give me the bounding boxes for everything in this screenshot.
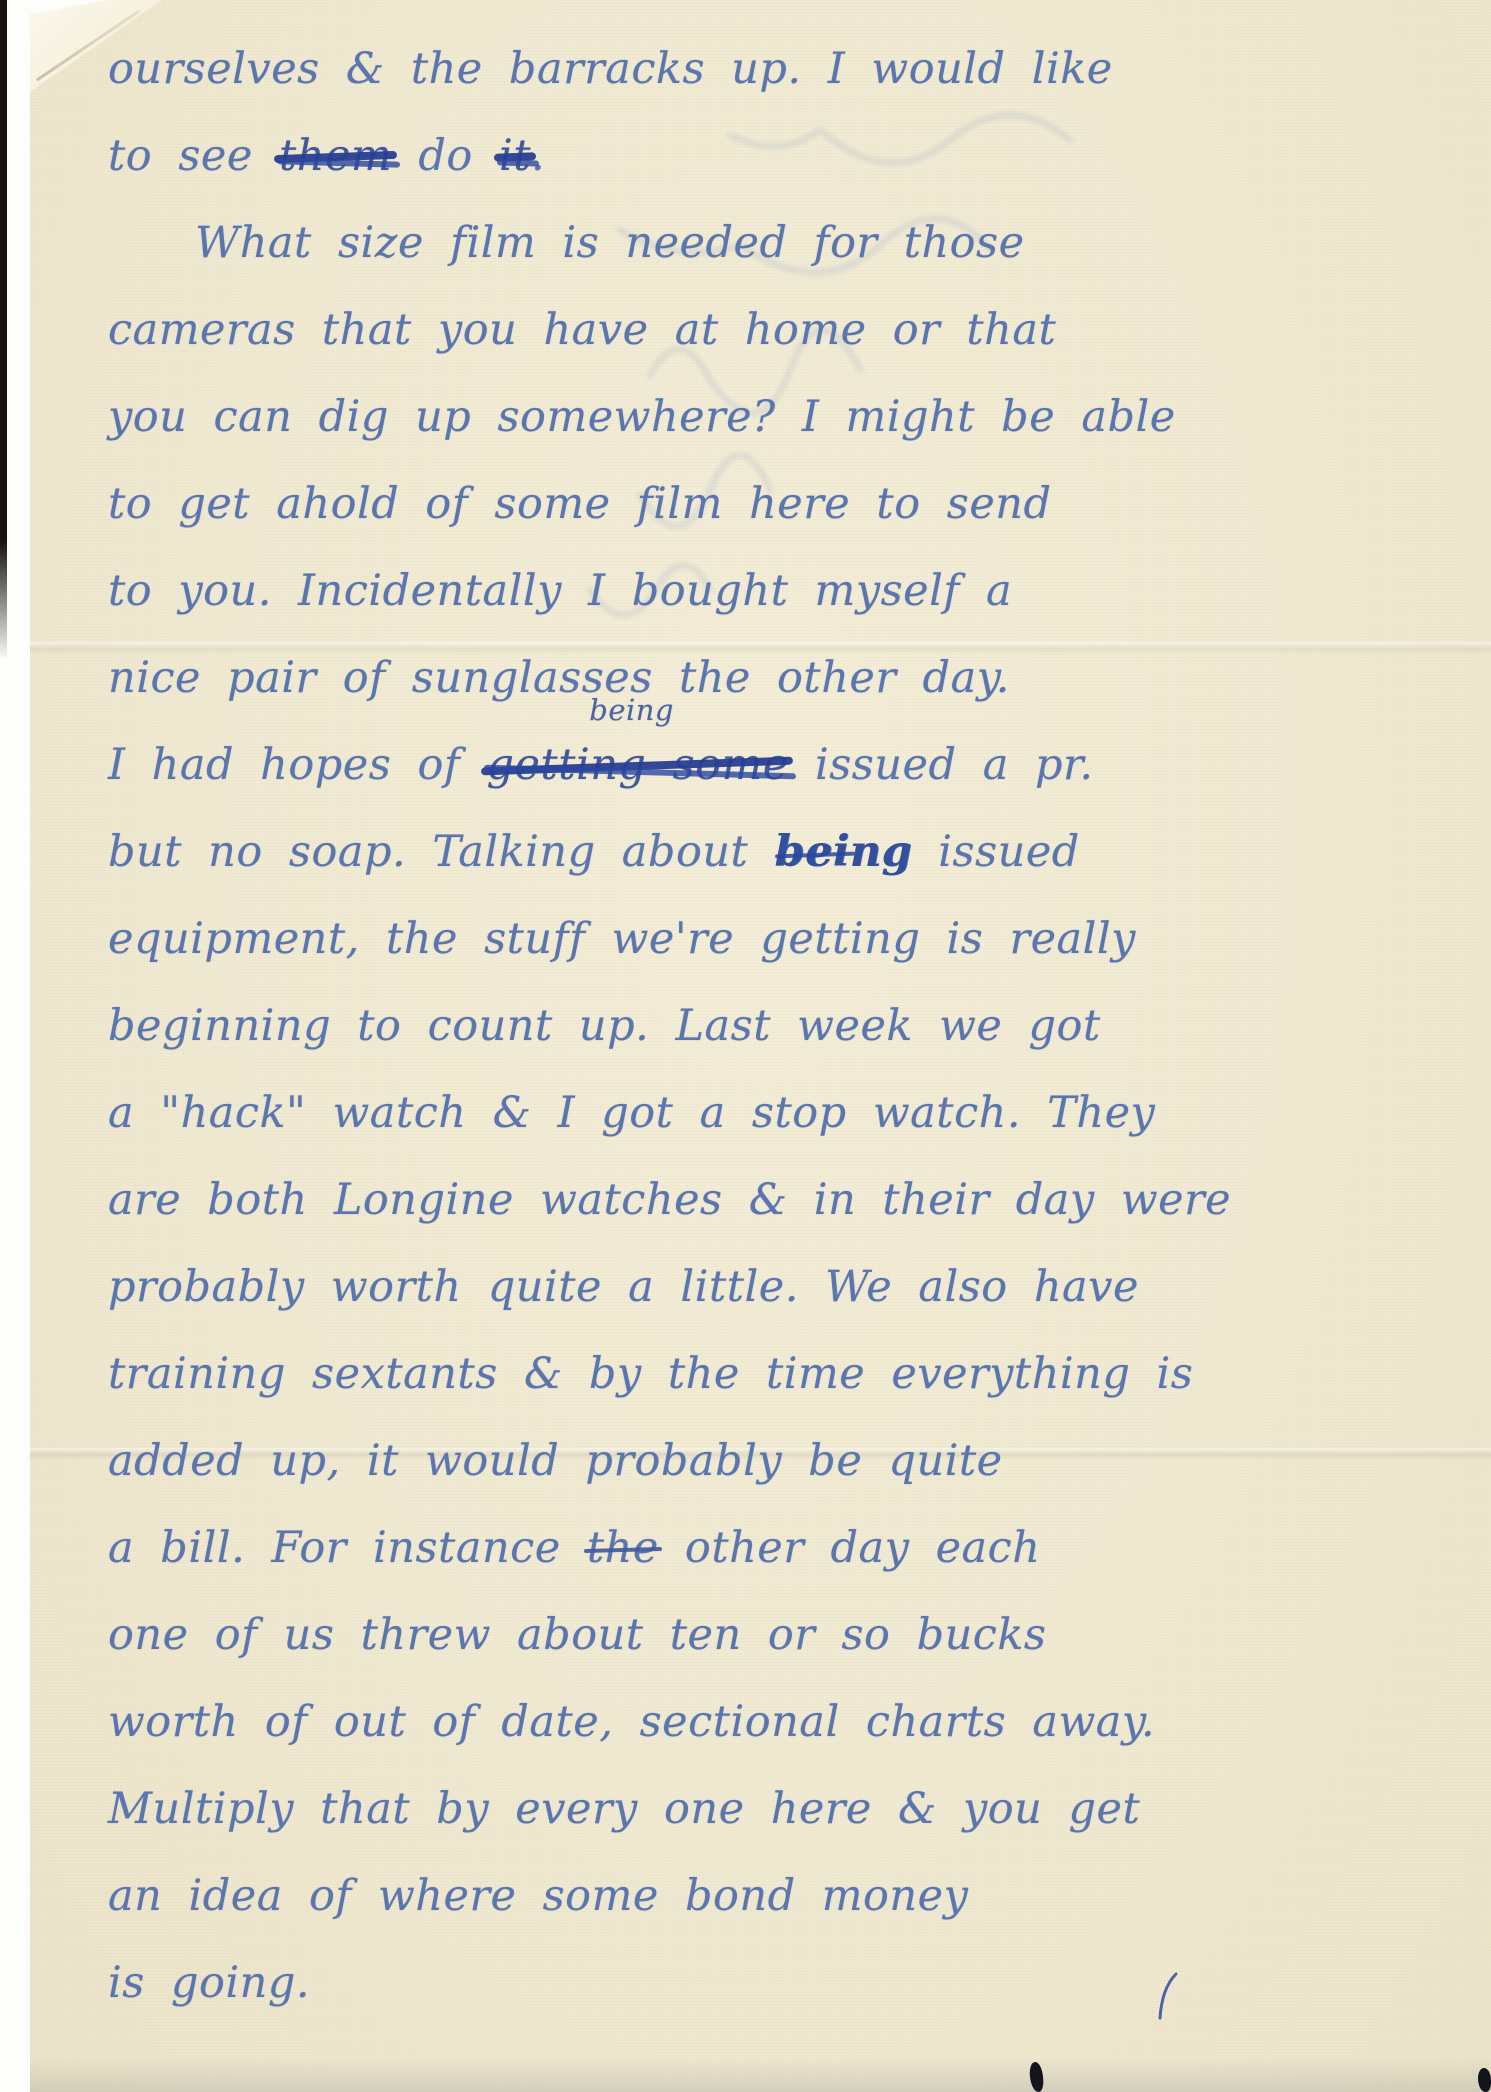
line-segment: cameras that you have at home or that bbox=[108, 305, 1056, 355]
line-segment: is going. bbox=[108, 1958, 310, 2008]
line-segment: added up, it would probably be quite bbox=[108, 1436, 1003, 1486]
scratched-word: it bbox=[499, 131, 531, 181]
line-segment: worth of out of date, sectional charts a… bbox=[108, 1697, 1155, 1747]
scratched-word: getting somebeing bbox=[486, 740, 788, 790]
letter-line: you can dig up somewhere? I might be abl… bbox=[108, 374, 1118, 461]
line-segment: but no soap. Talking about bbox=[108, 827, 775, 877]
letter-line: a "hack" watch & I got a stop watch. The… bbox=[108, 1070, 1118, 1157]
line-segment: issued bbox=[912, 827, 1080, 877]
scan-bottom-shadow bbox=[30, 2058, 1491, 2092]
letter-line: worth of out of date, sectional charts a… bbox=[108, 1679, 1118, 1766]
line-segment: I had hopes of bbox=[108, 740, 486, 790]
line-segment: to you. Incidentally I bought myself a bbox=[108, 566, 1012, 616]
line-segment: training sextants & by the time everythi… bbox=[108, 1349, 1193, 1399]
letter-line: to get ahold of some film here to send bbox=[108, 461, 1118, 548]
letter-line: What size film is needed for those bbox=[108, 200, 1118, 287]
stray-pen-stroke bbox=[1146, 1972, 1186, 2020]
line-segment: do bbox=[392, 131, 499, 181]
letter-line: to you. Incidentally I bought myself a bbox=[108, 548, 1118, 635]
line-segment: nice pair of sunglasses the other day. bbox=[108, 653, 1010, 703]
line-segment: issued a pr. bbox=[789, 740, 1094, 790]
line-segment: a bill. For instance bbox=[108, 1523, 587, 1573]
line-segment: beginning to count up. Last week we got bbox=[108, 1001, 1101, 1051]
letter-body: ourselves & the barracks up. I would lik… bbox=[108, 26, 1118, 2027]
line-segment: are both Longine watches & in their day … bbox=[108, 1175, 1231, 1225]
ink-blot bbox=[1478, 2068, 1491, 2092]
line-segment: to see bbox=[108, 131, 279, 181]
letter-line: a bill. For instance the other day each bbox=[108, 1505, 1118, 1592]
letter-line: probably worth quite a little. We also h… bbox=[108, 1244, 1118, 1331]
line-segment: equipment, the stuff we're getting is re… bbox=[108, 914, 1136, 964]
letter-line: added up, it would probably be quite bbox=[108, 1418, 1118, 1505]
letter-line: cameras that you have at home or that bbox=[108, 287, 1118, 374]
overwritten-word: being bbox=[775, 827, 913, 877]
line-segment: an idea of where some bond money bbox=[108, 1871, 968, 1921]
letter-line: are both Longine watches & in their day … bbox=[108, 1157, 1118, 1244]
line-segment: you can dig up somewhere? I might be abl… bbox=[108, 392, 1176, 442]
letter-line: equipment, the stuff we're getting is re… bbox=[108, 896, 1118, 983]
letter-line: Multiply that by every one here & you ge… bbox=[108, 1766, 1118, 1853]
letter-line: training sextants & by the time everythi… bbox=[108, 1331, 1118, 1418]
letter-line: to see them do it. bbox=[108, 113, 1118, 200]
letter-line: I had hopes of getting somebeing issued … bbox=[108, 722, 1118, 809]
scratched-word: the bbox=[587, 1523, 659, 1573]
scan-edge-shadow bbox=[0, 0, 7, 660]
letter-line: is going. bbox=[108, 1940, 1118, 2027]
line-segment: probably worth quite a little. We also h… bbox=[108, 1262, 1139, 1312]
letter-line: ourselves & the barracks up. I would lik… bbox=[108, 26, 1118, 113]
scratched-word: them bbox=[279, 131, 392, 181]
scratched-word-text: getting some bbox=[486, 740, 788, 790]
line-segment: other day each bbox=[659, 1523, 1041, 1573]
line-segment: Multiply that by every one here & you ge… bbox=[108, 1784, 1140, 1834]
letter-line: beginning to count up. Last week we got bbox=[108, 983, 1118, 1070]
line-segment: to get ahold of some film here to send bbox=[108, 479, 1052, 529]
line-segment: ourselves & the barracks up. I would lik… bbox=[108, 44, 1113, 94]
letter-line: one of us threw about ten or so bucks bbox=[108, 1592, 1118, 1679]
line-segment: one of us threw about ten or so bucks bbox=[108, 1610, 1047, 1660]
line-segment: What size film is needed for those bbox=[195, 218, 1025, 268]
inserted-word: being bbox=[589, 696, 674, 725]
letter-line: but no soap. Talking about being issued bbox=[108, 809, 1118, 896]
letter-line: an idea of where some bond money bbox=[108, 1853, 1118, 1940]
line-segment: a "hack" watch & I got a stop watch. The… bbox=[108, 1088, 1155, 1138]
